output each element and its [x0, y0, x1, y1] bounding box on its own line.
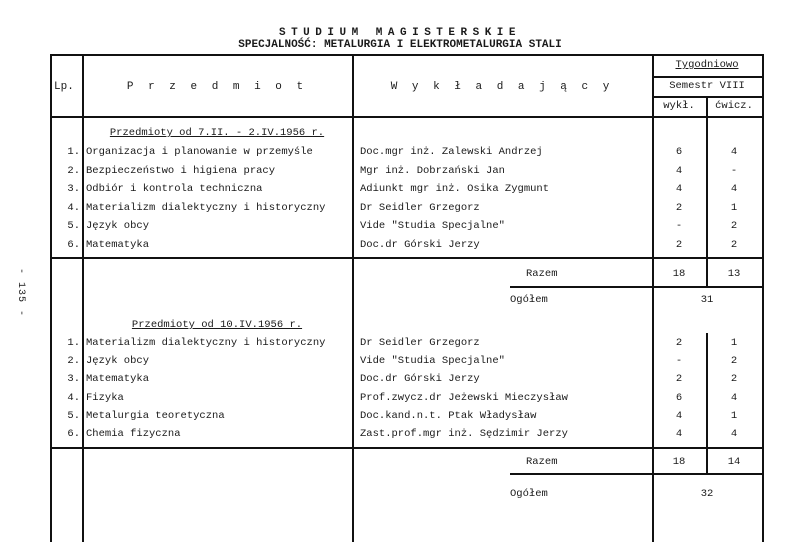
- lecturer-name: Dr Seidler Grzegorz: [360, 337, 480, 349]
- exercises-hours: 2: [706, 373, 762, 385]
- row-number: 6.: [50, 239, 80, 251]
- exercises-hours: 4: [706, 428, 762, 440]
- lecturer-name: Doc.dr Górski Jerzy: [360, 239, 480, 251]
- page-number: - 135 -: [15, 268, 26, 317]
- subject-name: Chemia fizyczna: [86, 428, 181, 440]
- lectures-hours: 4: [652, 165, 706, 177]
- razem-label: Razem: [526, 268, 558, 280]
- exercises-hours: 1: [706, 337, 762, 349]
- lecturer-name: Dr Seidler Grzegorz: [360, 202, 480, 214]
- exercises-hours: 2: [706, 239, 762, 251]
- header-exercises: ćwicz.: [706, 100, 762, 112]
- lectures-hours: -: [652, 220, 706, 232]
- row-number: 5.: [50, 220, 80, 232]
- subject-name: Materializm dialektyczny i historyczny: [86, 202, 325, 214]
- document-subtitle: SPECJALNOŚĆ: METALURGIA I ELEKTROMETALUR…: [0, 39, 800, 51]
- exercises-hours: 4: [706, 146, 762, 158]
- subject-name: Język obcy: [86, 355, 149, 367]
- subject-name: Odbiór i kontrola techniczna: [86, 183, 262, 195]
- section-title: Przedmioty od 10.IV.1956 r.: [82, 319, 352, 331]
- lecturer-name: Doc.kand.n.t. Ptak Władysław: [360, 410, 536, 422]
- header-lecturer: W y k ł a d a j ą c y: [352, 81, 652, 93]
- exercises-hours: 2: [706, 220, 762, 232]
- header-semester: Semestr VIII: [652, 80, 762, 92]
- row-number: 4.: [50, 202, 80, 214]
- lectures-hours: 2: [652, 373, 706, 385]
- ogolem-label: Ogółem: [510, 294, 548, 306]
- ogolem-label: Ogółem: [510, 488, 548, 500]
- row-number: 3.: [50, 373, 80, 385]
- lecturer-name: Vide "Studia Specjalne": [360, 355, 505, 367]
- section-title: Przedmioty od 7.II. - 2.IV.1956 r.: [82, 127, 352, 139]
- row-number: 3.: [50, 183, 80, 195]
- lectures-hours: 2: [652, 202, 706, 214]
- ogolem-value: 32: [652, 488, 762, 500]
- subject-name: Język obcy: [86, 220, 149, 232]
- lectures-hours: 4: [652, 183, 706, 195]
- lecturer-name: Adiunkt mgr inż. Osika Zygmunt: [360, 183, 549, 195]
- subject-name: Metalurgia teoretyczna: [86, 410, 225, 422]
- exercises-hours: 4: [706, 392, 762, 404]
- exercises-hours: 4: [706, 183, 762, 195]
- row-number: 6.: [50, 428, 80, 440]
- lectures-hours: 2: [652, 337, 706, 349]
- exercises-hours: -: [706, 165, 762, 177]
- document-title: STUDIUM MAGISTERSKIE: [0, 27, 800, 39]
- lecturer-name: Doc.dr Górski Jerzy: [360, 373, 480, 385]
- lecturer-name: Zast.prof.mgr inż. Sędzimir Jerzy: [360, 428, 568, 440]
- subject-name: Fizyka: [86, 392, 124, 404]
- subject-name: Materializm dialektyczny i historyczny: [86, 337, 325, 349]
- row-number: 4.: [50, 392, 80, 404]
- exercises-hours: 2: [706, 355, 762, 367]
- header-subject: P r z e d m i o t: [82, 81, 352, 93]
- lectures-hours: 4: [652, 410, 706, 422]
- subject-name: Matematyka: [86, 373, 149, 385]
- lecturer-name: Vide "Studia Specjalne": [360, 220, 505, 232]
- lecturer-name: Prof.zwycz.dr Jeżewski Mieczysław: [360, 392, 568, 404]
- lectures-hours: 2: [652, 239, 706, 251]
- row-number: 5.: [50, 410, 80, 422]
- row-number: 2.: [50, 165, 80, 177]
- razem-lectures: 18: [652, 456, 706, 468]
- lecturer-name: Mgr inż. Dobrzański Jan: [360, 165, 505, 177]
- header-lectures: wykł.: [652, 100, 706, 112]
- header-lp: Lp.: [54, 81, 74, 93]
- subject-name: Matematyka: [86, 239, 149, 251]
- exercises-hours: 1: [706, 202, 762, 214]
- lectures-hours: 6: [652, 392, 706, 404]
- razem-lectures: 18: [652, 268, 706, 280]
- lectures-hours: -: [652, 355, 706, 367]
- lecturer-name: Doc.mgr inż. Zalewski Andrzej: [360, 146, 543, 158]
- lectures-hours: 4: [652, 428, 706, 440]
- razem-exercises: 14: [706, 456, 762, 468]
- header-weekly: Tygodniowo: [652, 59, 762, 71]
- lectures-hours: 6: [652, 146, 706, 158]
- razem-exercises: 13: [706, 268, 762, 280]
- ogolem-value: 31: [652, 294, 762, 306]
- exercises-hours: 1: [706, 410, 762, 422]
- row-number: 1.: [50, 146, 80, 158]
- razem-label: Razem: [526, 456, 558, 468]
- row-number: 1.: [50, 337, 80, 349]
- subject-name: Organizacja i planowanie w przemyśle: [86, 146, 313, 158]
- row-number: 2.: [50, 355, 80, 367]
- subject-name: Bezpieczeństwo i higiena pracy: [86, 165, 275, 177]
